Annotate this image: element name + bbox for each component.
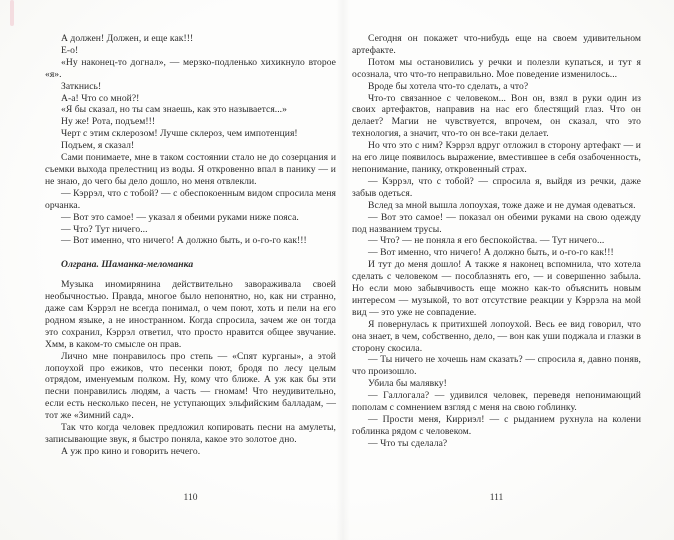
page-right-text: Сегодня он покажет что-нибудь еще на сво… (352, 33, 641, 450)
paragraph: Заткнись! (45, 81, 336, 93)
paragraph: А-а! Что со мной?! (45, 93, 336, 105)
book-spread: А должен! Должен, и еще как!!!Е-о!«Ну на… (0, 0, 674, 540)
paragraph: — Что ты сделала? (352, 438, 641, 450)
paragraph: И тут до меня дошло! А также я наконец в… (352, 259, 641, 319)
paragraph: «Ну наконец-то догнал», — мерзко-подлень… (45, 57, 336, 81)
paragraph: — Кэррэл, что с тобой? — спросила я, вый… (352, 176, 641, 200)
section-heading: Олграна. Шаманка-меломанка (45, 259, 336, 271)
paragraph: Подъем, я сказал! (45, 140, 336, 152)
paragraph: Сегодня он покажет что-нибудь еще на сво… (352, 33, 641, 57)
paragraph: А уж про кино и говорить нечего. (45, 446, 336, 458)
paragraph: Потом мы остановились у речки и полезли … (352, 57, 641, 81)
page-left-text: А должен! Должен, и еще как!!!Е-о!«Ну на… (45, 33, 336, 458)
paragraph: — Вот это самое! — показал он обеими рук… (352, 212, 641, 236)
paragraph: Так что когда человек предложил копирова… (45, 422, 336, 446)
paragraph: — Вот именно, что ничего! А должно быть,… (352, 247, 641, 259)
paragraph: А должен! Должен, и еще как!!! (45, 33, 336, 45)
page-number-left: 110 (45, 493, 336, 503)
paragraph: — Галлогала? — удивился человек, перевед… (352, 390, 641, 414)
page-gutter (336, 0, 350, 540)
paragraph: — Прости меня, Кирриэл! — с рыданием рух… (352, 414, 641, 438)
paragraph: — Что? — не поняла я его беспокойства. —… (352, 235, 641, 247)
paragraph: Е-о! (45, 45, 336, 57)
paragraph: «Я бы сказал, но ты сам знаешь, как это … (45, 104, 336, 116)
paragraph: Вслед за мной вышла лопоухая, тоже даже … (352, 200, 641, 212)
paragraph: — Кэррэл, что с тобой? — с обеспокоенным… (45, 188, 336, 212)
paragraph: Черт с этим склерозом! Лучше склероз, че… (45, 128, 336, 140)
paragraph: — Ты ничего не хочешь нам сказать? — спр… (352, 354, 641, 378)
paragraph: Музыка иномирянина действительно завораж… (45, 279, 336, 350)
paragraph: Убила бы малявку! (352, 378, 641, 390)
page-right: Сегодня он покажет что-нибудь еще на сво… (352, 33, 641, 533)
paragraph: Что-то связанное с человеком... Вон он, … (352, 93, 641, 141)
paragraph: Сами понимаете, мне в таком состоянии ст… (45, 152, 336, 188)
paragraph: — Вот это самое! — указал я обеими рукам… (45, 212, 336, 224)
paragraph: — Что? Тут ничего... (45, 224, 336, 236)
paragraph: — Вот именно, что ничего! А должно быть,… (45, 235, 336, 247)
paragraph: Вроде бы хотела что-то сделать, а что? (352, 81, 641, 93)
paragraph: Ну же! Рота, подъем!!! (45, 116, 336, 128)
scan-artifact-pink (10, 0, 14, 26)
page-left: А должен! Должен, и еще как!!!Е-о!«Ну на… (45, 33, 336, 533)
paragraph: Я повернулась к притихшей лопоухой. Весь… (352, 319, 641, 355)
paragraph: Лично мне понравилось про степь — «Спят … (45, 351, 336, 422)
paragraph: Но что это с ним? Кэррэл вдруг отложил в… (352, 140, 641, 176)
page-number-right: 111 (352, 493, 641, 503)
